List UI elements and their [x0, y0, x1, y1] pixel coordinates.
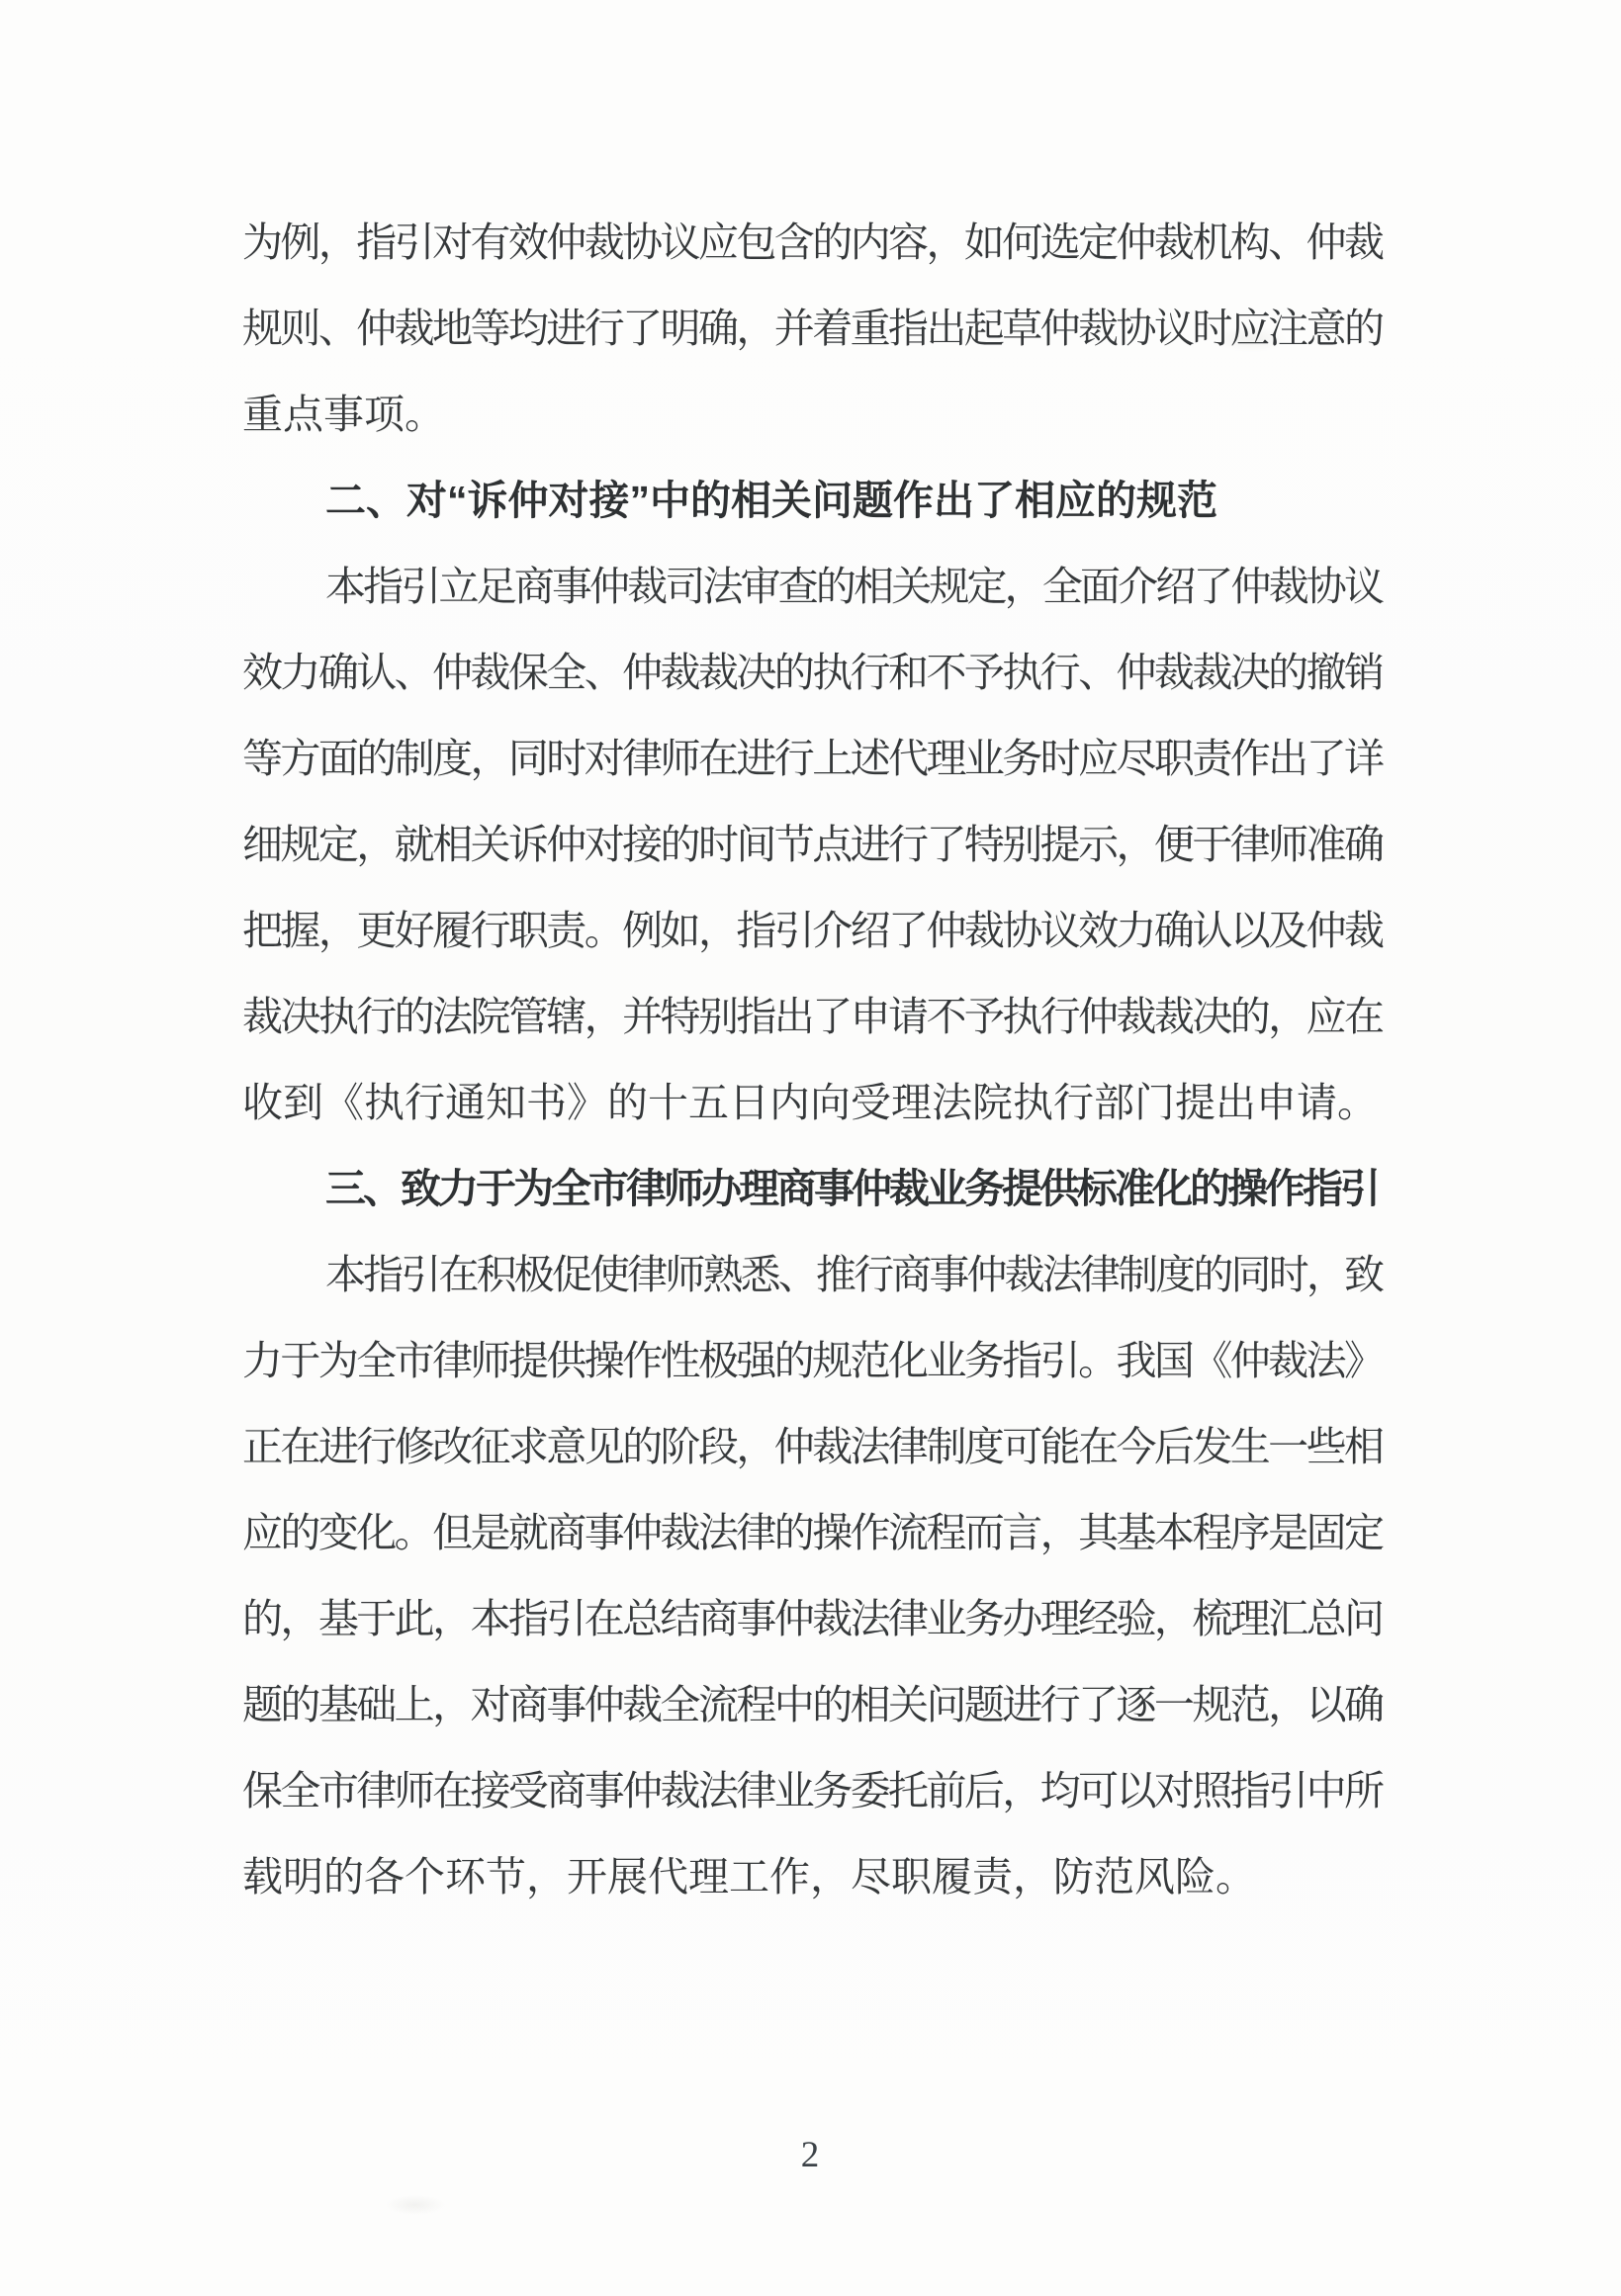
page-number: 2	[0, 2134, 1621, 2176]
scan-smudge	[386, 2195, 445, 2215]
body-line: 本指引在积极促使律师熟悉、推行商事仲裁法律制度的同时，致	[242, 1232, 1382, 1318]
section-heading-two: 二、对“诉仲对接”中的相关问题作出了相应的规范	[242, 458, 1382, 544]
body-line: 为例，指引对有效仲裁协议应包含的内容，如何选定仲裁机构、仲裁	[242, 200, 1382, 286]
body-line: 规则、仲裁地等均进行了明确，并着重指出起草仲裁协议时应注意的	[242, 286, 1382, 372]
body-line: 收到《执行通知书》的十五日内向受理法院执行部门提出申请。	[242, 1060, 1382, 1146]
body-line: 裁决执行的法院管辖，并特别指出了申请不予执行仲裁裁决的，应在	[242, 974, 1382, 1060]
body-line: 保全市律师在接受商事仲裁法律业务委托前后，均可以对照指引中所	[242, 1748, 1382, 1834]
body-line: 载明的各个环节，开展代理工作，尽职履责，防范风险。	[242, 1834, 1382, 1920]
body-line: 正在进行修改征求意见的阶段，仲裁法律制度可能在今后发生一些相	[242, 1404, 1382, 1490]
section-heading-three: 三、致力于为全市律师办理商事仲裁业务提供标准化的操作指引	[242, 1146, 1382, 1232]
body-line: 本指引立足商事仲裁司法审查的相关规定，全面介绍了仲裁协议	[242, 544, 1382, 630]
document-text-block: 为例，指引对有效仲裁协议应包含的内容，如何选定仲裁机构、仲裁 规则、仲裁地等均进…	[242, 200, 1382, 1920]
body-line: 重点事项。	[242, 372, 1382, 458]
body-line: 效力确认、仲裁保全、仲裁裁决的执行和不予执行、仲裁裁决的撤销	[242, 630, 1382, 716]
body-line: 力于为全市律师提供操作性极强的规范化业务指引。我国《仲裁法》	[242, 1318, 1382, 1404]
body-line: 题的基础上，对商事仲裁全流程中的相关问题进行了逐一规范，以确	[242, 1662, 1382, 1748]
body-line: 的，基于此，本指引在总结商事仲裁法律业务办理经验，梳理汇总问	[242, 1576, 1382, 1662]
body-line: 应的变化。但是就商事仲裁法律的操作流程而言，其基本程序是固定	[242, 1490, 1382, 1576]
body-line: 等方面的制度，同时对律师在进行上述代理业务时应尽职责作出了详	[242, 716, 1382, 802]
document-page: 为例，指引对有效仲裁协议应包含的内容，如何选定仲裁机构、仲裁 规则、仲裁地等均进…	[0, 0, 1621, 2296]
body-line: 细规定，就相关诉仲对接的时间节点进行了特别提示，便于律师准确	[242, 802, 1382, 888]
body-line: 把握，更好履行职责。例如，指引介绍了仲裁协议效力确认以及仲裁	[242, 888, 1382, 974]
